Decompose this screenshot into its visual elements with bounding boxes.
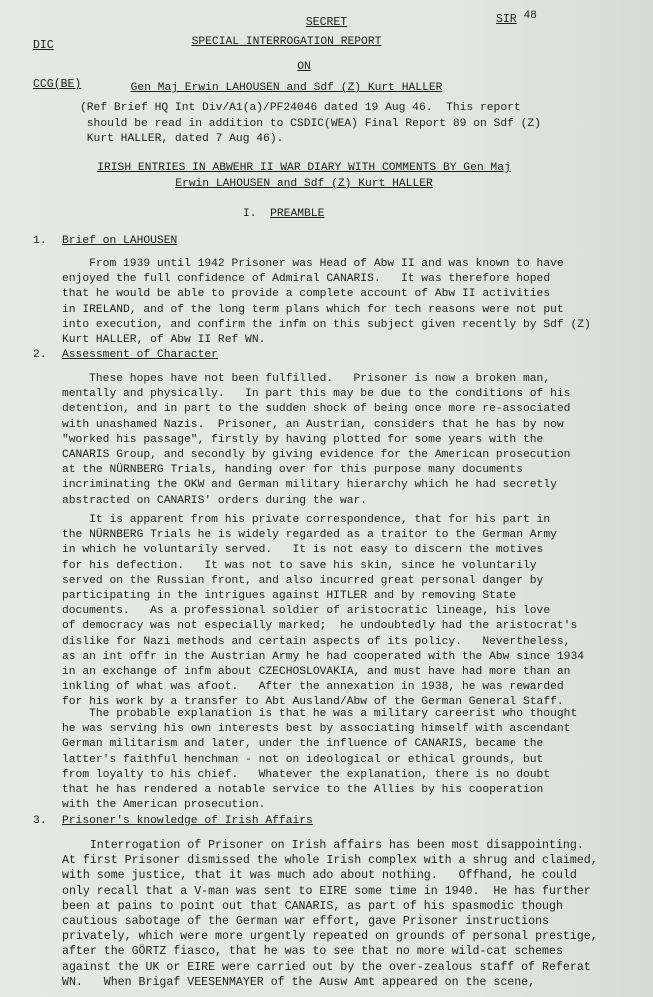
report-subjects: Gen Maj Erwin LAHOUSEN and Sdf (Z) Kurt … [0, 81, 573, 96]
sir-number: 48 [524, 10, 537, 22]
classification-marking: SECRET [0, 15, 653, 30]
section-3-title: Prisoner's knowledge of Irish Affairs [62, 814, 313, 829]
section-2-paragraph-2: It is apparent from his private correspo… [62, 513, 584, 711]
section-2-number: 2. [33, 348, 47, 363]
report-number: SIR 48 [496, 12, 537, 28]
reference-note: (Ref Brief HQ Int Div/A1(a)/PF24046 date… [80, 101, 541, 148]
section-1-number: 1. [33, 234, 47, 249]
section-2-title: Assessment of Character [62, 348, 218, 363]
part-title: PREAMBLE [270, 208, 324, 220]
report-title: SPECIAL INTERROGATION REPORT [0, 35, 573, 50]
irish-entries-heading: IRISH ENTRIES IN ABWEHR II WAR DIARY WIT… [0, 160, 608, 192]
sir-label: SIR [496, 13, 517, 26]
section-3-number: 3. [33, 814, 47, 829]
section-1-paragraph-1: From 1939 until 1942 Prisoner was Head o… [62, 257, 591, 348]
document-page: DIC CCG(BE) SECRET SIR 48 SPECIAL INTERR… [0, 0, 653, 997]
part-heading: I. PREAMBLE [243, 207, 324, 222]
section-3-paragraph-1: Interrogation of Prisoner on Irish affai… [62, 838, 598, 990]
report-on: ON [0, 60, 608, 75]
section-2-paragraph-3: The probable explanation is that he was … [62, 707, 577, 813]
section-2-paragraph-1: These hopes have not been fulfilled. Pri… [62, 372, 570, 509]
section-1-title: Brief on LAHOUSEN [62, 234, 177, 249]
part-numeral: I. [243, 208, 257, 220]
